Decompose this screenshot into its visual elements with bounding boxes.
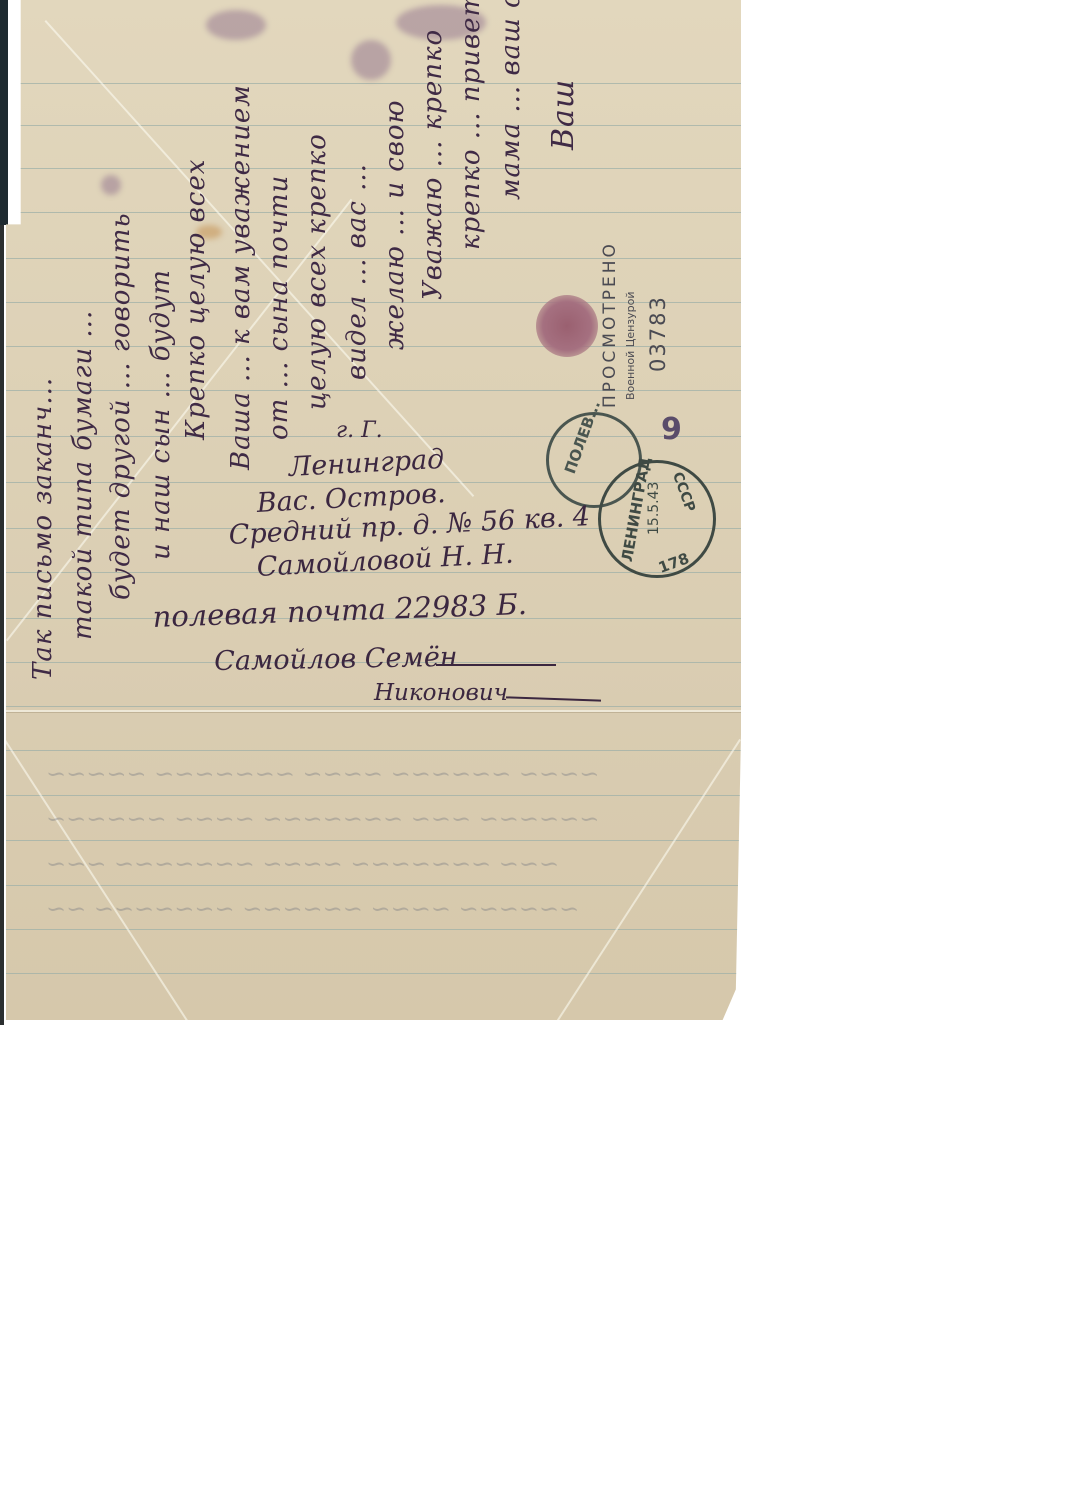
ink-stain xyxy=(351,40,391,80)
ink-stain xyxy=(206,10,266,40)
letter-line: желаю ... и свою xyxy=(380,100,410,350)
sender-underline xyxy=(506,696,601,701)
ruled-line xyxy=(6,885,741,886)
letter-line: Крепко целую всех xyxy=(181,159,211,440)
bleed-through-text: ~~~~ ~~~~~~ ~~~~ ~~~~~~~ ~~~~~ xyxy=(46,760,599,788)
censor-stamp-title: ПРОСМОТРЕНО xyxy=(600,241,620,408)
censor-stamp-number: 03783 xyxy=(646,295,670,372)
letter-line: видел ... вас ... xyxy=(342,163,372,380)
ruled-line xyxy=(6,795,741,796)
ruled-line xyxy=(6,750,741,751)
sender-name: Самойлов Семён xyxy=(214,642,458,677)
sender-field-post: полевая почта 22983 Б. xyxy=(152,587,528,634)
sender-underline xyxy=(436,664,556,666)
letter-line: будет другой ... говорить xyxy=(106,212,136,600)
ruled-line xyxy=(6,929,741,930)
ink-stain xyxy=(101,175,121,195)
scan-edge-shadow xyxy=(0,225,4,1025)
sender-patronymic: Никонович xyxy=(374,680,508,706)
letter-line: и наш сын ... будут xyxy=(146,269,176,560)
letter-line: такой типа бумаги ... xyxy=(68,310,98,640)
letter-line: крепко ... привет xyxy=(456,0,486,250)
bleed-through-text: ~~~ ~~~~~~~ ~~~~ ~~~~~~~ ~~~ xyxy=(46,850,559,878)
fold-shadow xyxy=(6,712,741,713)
letter-paper: ~~~~ ~~~~~~ ~~~~ ~~~~~~~ ~~~~~ ~~~~~~ ~~… xyxy=(6,0,741,1020)
letter-line: Ваша ... к вам уважением xyxy=(226,84,256,470)
ruled-line xyxy=(6,706,741,707)
numeral-mark: 9 xyxy=(661,412,682,447)
bleed-through-text: ~~~~~~ ~~~~ ~~~~~~ ~~~~~~~ ~~ xyxy=(46,895,579,923)
address-line-1: г. Г. xyxy=(336,418,383,443)
censor-stamp-subtitle: Военной Цензурой xyxy=(624,291,637,400)
bleed-through-text: ~~~~~~ ~~~ ~~~~~~~ ~~~~ ~~~~~~ xyxy=(46,805,599,833)
letter-line: Уважаю ... крепко xyxy=(418,29,448,300)
signature-top: Ваш xyxy=(546,79,581,150)
letter-line: мама ... ваш сын xyxy=(496,0,526,200)
wax-seal-stamp xyxy=(536,295,598,357)
letter-line: целую всех крепко xyxy=(302,133,332,410)
postmark-date: 15.5.43 xyxy=(646,482,662,535)
letter-line: Так письмо заканч... xyxy=(28,377,58,680)
ruled-line xyxy=(6,973,741,974)
address-city: Ленинград xyxy=(288,444,445,483)
ruled-line xyxy=(6,125,741,126)
scan-edge-dark xyxy=(0,0,8,225)
letter-line: от ... сына почти xyxy=(264,175,294,440)
ruled-line xyxy=(6,83,741,84)
ruled-line xyxy=(6,840,741,841)
ruled-line xyxy=(6,168,741,169)
